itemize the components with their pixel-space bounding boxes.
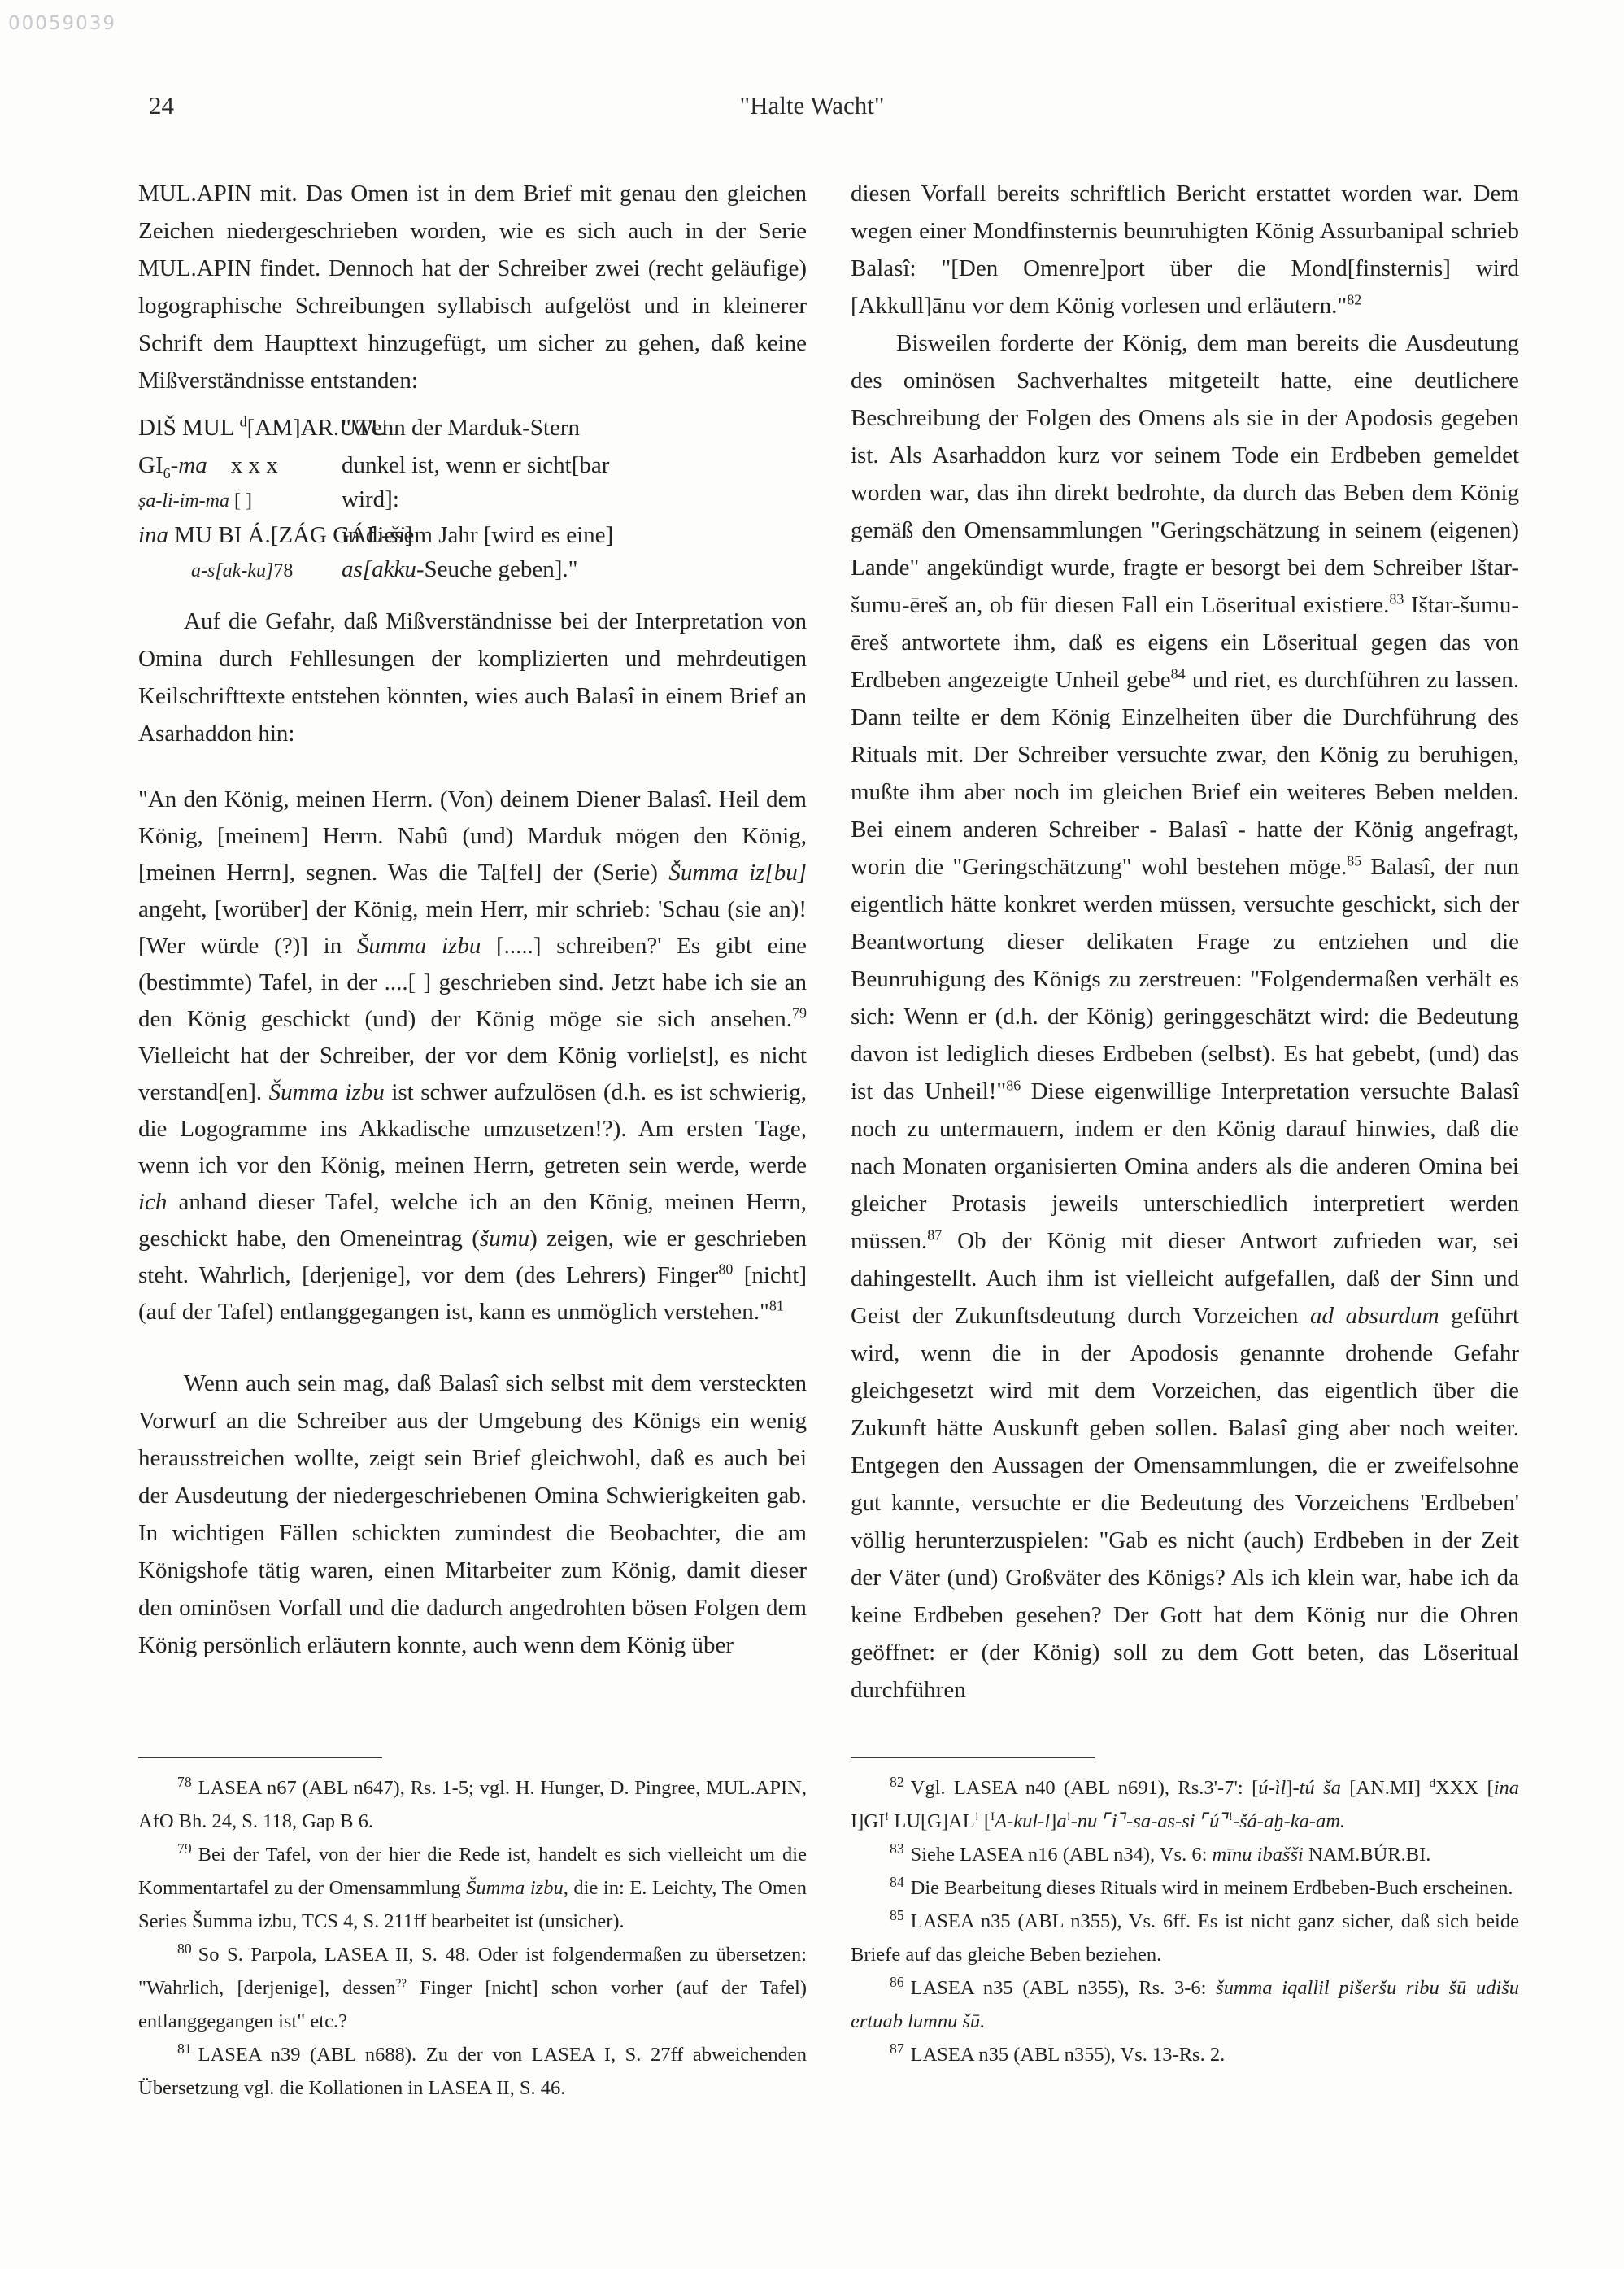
footnote-text: LASEA n35 (ABL n355), Rs. 3-6: šumma iqa… <box>851 1977 1519 2032</box>
omen-row: a-s[ak-ku]78 as[akku-Seuche geben]." <box>138 554 642 586</box>
running-title: "Halte Wacht" <box>0 91 1624 120</box>
omen-akkadian-line: ina MU BI Á.[ZÁG GÁL-ši] <box>138 516 342 554</box>
footnote-text: LASEA n39 (ABL n688). Zu der von LASEA I… <box>138 2044 807 2099</box>
left-column: MUL.APIN mit. Das Omen ist in dem Brief … <box>138 175 807 1757</box>
footnote-text: LASEA n35 (ABL n355), Vs. 13-Rs. 2. <box>911 2044 1226 2066</box>
scan-id-watermark: 00059039 <box>8 13 116 34</box>
omen-row: ina MU BI Á.[ZÁG GÁL-ši] in diesem Jahr … <box>138 516 642 554</box>
footnote-text: Die Bearbeitung dieses Rituals wird in m… <box>911 1877 1513 1899</box>
footnote-number: 80 <box>177 1940 192 1957</box>
omen-german-line: as[akku-Seuche geben]." <box>342 554 642 586</box>
footnote-number: 78 <box>177 1774 192 1790</box>
footnote-separator <box>138 1757 382 1758</box>
paragraph-bisweilen: Bisweilen forderte der König, dem man be… <box>851 324 1519 1709</box>
paragraph-wenn-auch: Wenn auch sein mag, daß Balasî sich selb… <box>138 1365 807 1664</box>
footnote-number: 86 <box>890 1974 904 1990</box>
paragraph-mulapin: MUL.APIN mit. Das Omen ist in dem Brief … <box>138 175 807 399</box>
footnote-text: Vgl. LASEA n40 (ABL n691), Rs.3'-7': [ú-… <box>851 1777 1519 1832</box>
balasi-letter-quote: "An den König, meinen Herrn. (Von) deine… <box>138 782 807 1330</box>
footnote-78: 78LASEA n67 (ABL n647), Rs. 1-5; vgl. H.… <box>138 1771 807 1838</box>
omen-german-line: "Wenn der Marduk-Stern <box>342 409 642 446</box>
footnote-81: 81LASEA n39 (ABL n688). Zu der von LASEA… <box>138 2038 807 2105</box>
footnote-85: 85LASEA n35 (ABL n355), Vs. 6ff. Es ist … <box>851 1905 1519 1971</box>
omen-akkadian-line: GI6-ma x x x <box>138 446 342 484</box>
footnote-number: 85 <box>890 1907 904 1923</box>
footnote-82: 82Vgl. LASEA n40 (ABL n691), Rs.3'-7': [… <box>851 1771 1519 1838</box>
footnote-text: Siehe LASEA n16 (ABL n34), Vs. 6: mīnu i… <box>911 1844 1431 1866</box>
omen-akkadian-line: DIŠ MUL d[AM]AR.UTU <box>138 409 342 446</box>
footnote-separator <box>851 1757 1095 1758</box>
omen-row: ṣa-li-im-ma [ ] wird]: <box>138 484 642 516</box>
footnote-number: 83 <box>890 1840 904 1857</box>
footnote-number: 79 <box>177 1840 192 1857</box>
footnote-text: So S. Parpola, LASEA II, S. 48. Oder ist… <box>138 1944 807 2032</box>
footnote-86: 86LASEA n35 (ABL n355), Rs. 3-6: šumma i… <box>851 1971 1519 2038</box>
paragraph-gefahr: Auf die Gefahr, daß Mißverständnisse bei… <box>138 603 807 752</box>
omen-transliteration-block: DIŠ MUL d[AM]AR.UTU "Wenn der Marduk-Ste… <box>138 409 642 586</box>
footnote-text: Bei der Tafel, von der hier die Rede ist… <box>138 1844 807 1932</box>
footnote-83: 83Siehe LASEA n16 (ABL n34), Vs. 6: mīnu… <box>851 1838 1519 1871</box>
right-column: diesen Vorfall bereits schriftlich Beric… <box>851 175 1519 1757</box>
footnote-number: 84 <box>890 1874 904 1890</box>
footnote-84: 84Die Bearbeitung dieses Rituals wird in… <box>851 1871 1519 1905</box>
omen-akkadian-line: a-s[ak-ku]78 <box>138 554 342 586</box>
footnote-80: 80So S. Parpola, LASEA II, S. 48. Oder i… <box>138 1938 807 2038</box>
paragraph-vorfall: diesen Vorfall bereits schriftlich Beric… <box>851 175 1519 324</box>
footnote-text: LASEA n35 (ABL n355), Vs. 6ff. Es ist ni… <box>851 1910 1519 1966</box>
footnote-87: 87LASEA n35 (ABL n355), Vs. 13-Rs. 2. <box>851 2038 1519 2071</box>
footnote-text: LASEA n67 (ABL n647), Rs. 1-5; vgl. H. H… <box>138 1777 807 1832</box>
footnotes-left: 78LASEA n67 (ABL n647), Rs. 1-5; vgl. H.… <box>138 1757 807 2105</box>
omen-german-line: wird]: <box>342 484 642 516</box>
omen-akkadian-line: ṣa-li-im-ma [ ] <box>138 484 342 516</box>
omen-german-line: in diesem Jahr [wird es eine] <box>342 516 642 554</box>
footnote-number: 82 <box>890 1774 904 1790</box>
footnotes-right: 82Vgl. LASEA n40 (ABL n691), Rs.3'-7': [… <box>851 1757 1519 2071</box>
omen-german-line: dunkel ist, wenn er sicht[bar <box>342 446 642 484</box>
omen-row: GI6-ma x x x dunkel ist, wenn er sicht[b… <box>138 446 642 484</box>
book-page: 00059039 24 "Halte Wacht" MUL.APIN mit. … <box>0 0 1624 2269</box>
footnote-number: 81 <box>177 2040 192 2057</box>
footnote-79: 79Bei der Tafel, von der hier die Rede i… <box>138 1838 807 1938</box>
omen-row: DIŠ MUL d[AM]AR.UTU "Wenn der Marduk-Ste… <box>138 409 642 446</box>
footnote-number: 87 <box>890 2040 904 2057</box>
